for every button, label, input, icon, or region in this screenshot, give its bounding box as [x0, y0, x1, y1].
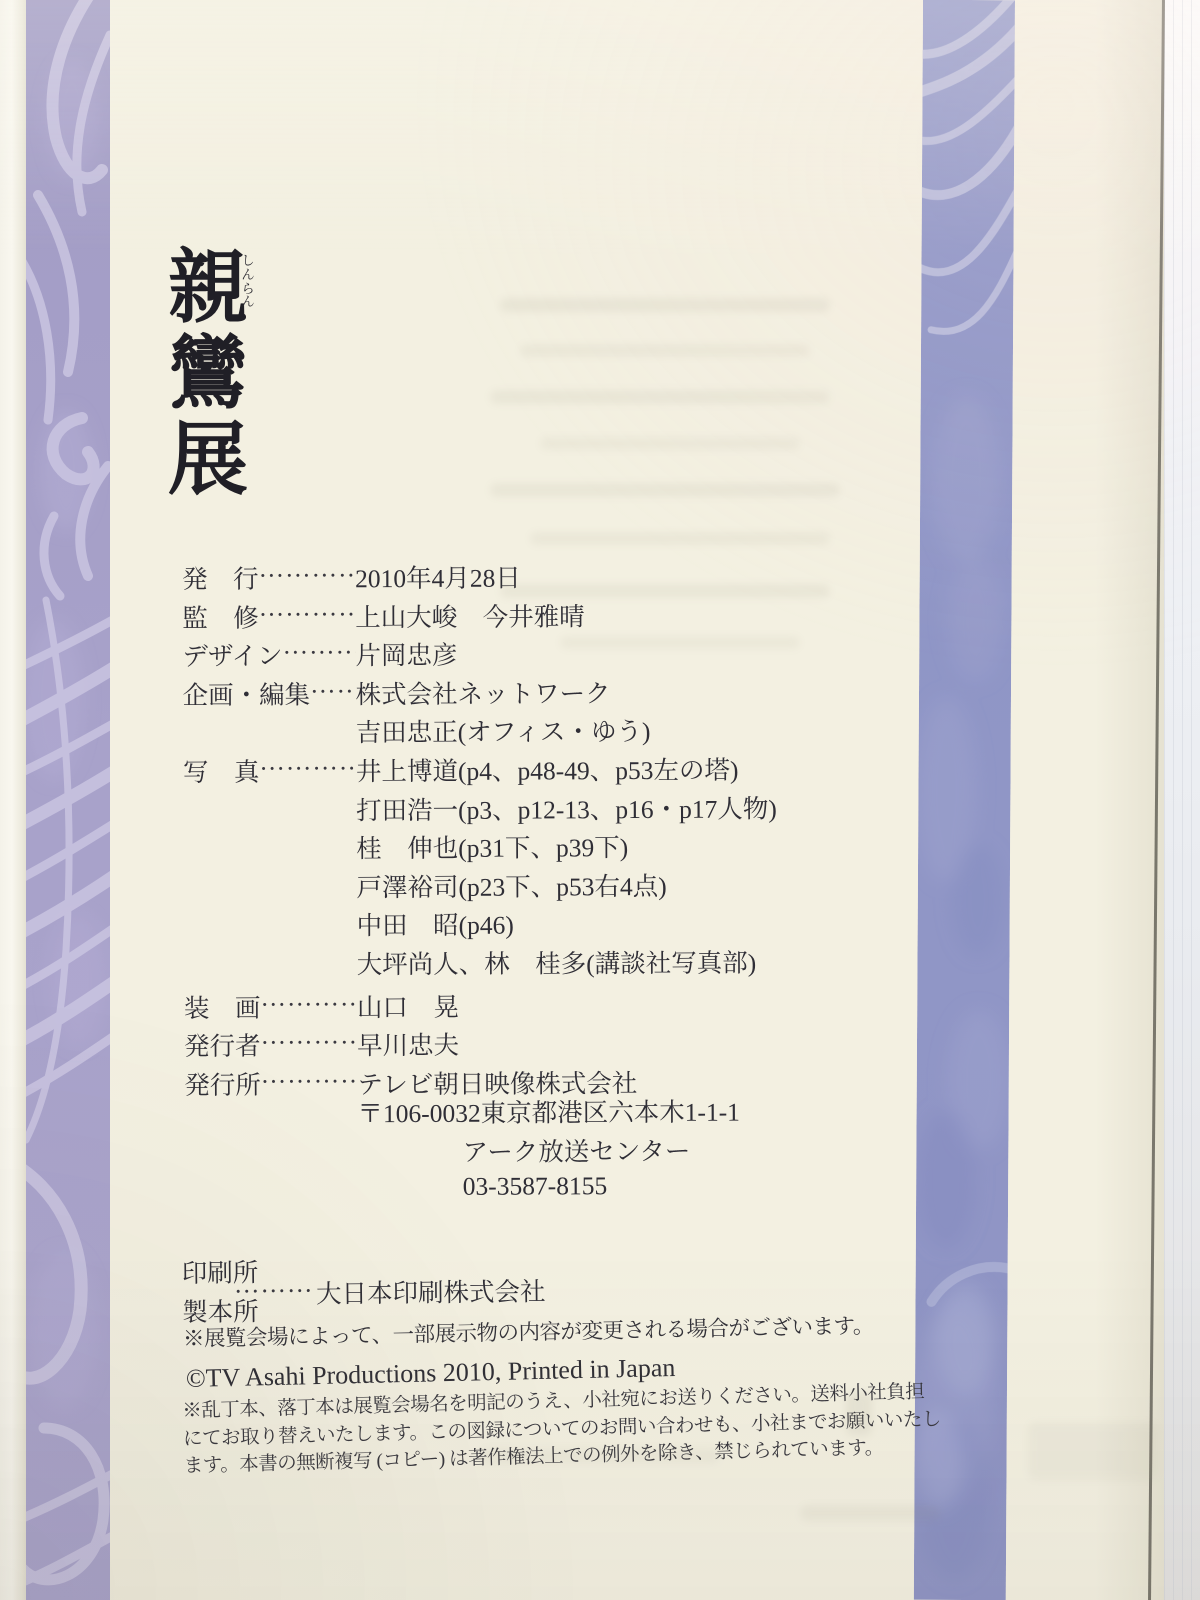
row-label-area: 企画・編集…………………… [183, 675, 356, 712]
row-label: 企画・編集 [183, 675, 311, 712]
leader-dots: …………………… [283, 636, 356, 666]
row-value: 大坪尚人、林 桂多(講談社写真部) [357, 943, 757, 981]
colophon-row: アーク放送センター [185, 1131, 955, 1173]
colophon-row: 企画・編集……………………株式会社ネットワーク [183, 672, 953, 714]
colophon-row: 監 修……………………上山大峻 今井雅晴 [182, 595, 952, 637]
leader-dots: …………………… [260, 988, 357, 1018]
row-label-area: 写 真…………………… [183, 752, 356, 789]
colophon-row: 戸澤裕司(p23下、p53右4点) [183, 865, 953, 907]
row-label: 写 真 [183, 753, 260, 789]
row-label: 監 修 [182, 598, 259, 634]
leader-dots: …………………… [261, 1026, 358, 1056]
colophon-row: 中田 昭(p46) [184, 904, 954, 946]
leader-dots: …………………… [261, 1065, 358, 1095]
leader-dots: …………………… [259, 598, 356, 628]
ghost-showthrough [540, 437, 800, 450]
row-label: 装 画 [184, 988, 261, 1024]
row-label-area: 装 画…………………… [184, 988, 357, 1025]
row-value: 打田浩一(p3、p12-13、p16・p17人物) [356, 789, 777, 827]
row-label: デザイン [182, 637, 282, 673]
colophon-row: 打田浩一(p3、p12-13、p16・p17人物) [183, 788, 953, 830]
title-char: 展 [162, 418, 254, 504]
row-label-area: 発行所…………………… [184, 1065, 357, 1102]
postal-code: 〒106-0032 [357, 1094, 480, 1131]
furigana-char: ん [240, 268, 256, 282]
row-label-area [185, 1171, 463, 1172]
row-label: 発 行 [182, 560, 259, 596]
address-text: 東京都港区六本木1-1-1 [481, 1093, 740, 1130]
row-value: 片岡忠彦 [355, 636, 457, 672]
row-value: 吉田忠正(オフィス・ゆう) [356, 712, 651, 749]
row-label-area [183, 791, 356, 792]
row-value: 山口 晃 [357, 987, 459, 1023]
row-label-area [185, 1133, 463, 1134]
colophon-row: 03-3587-8155 [185, 1169, 955, 1211]
ghost-showthrough [530, 532, 830, 545]
row-value: 井上博道(p4、p48-49、p53左の塔) [356, 751, 739, 789]
colophon-row: 発行者……………………早川忠夫 [184, 1024, 954, 1066]
row-label: 発行者 [184, 1027, 261, 1063]
furigana-char: し [240, 254, 256, 268]
furigana-char: ら [240, 282, 256, 296]
row-value: 桂 伸也(p31下、p39下) [356, 828, 628, 865]
colophon-row: 写 真……………………井上博道(p4、p48-49、p53左の塔) [183, 750, 953, 792]
row-label-area [183, 829, 356, 830]
ghost-showthrough [490, 483, 840, 497]
row-value: 株式会社ネットワーク [356, 674, 611, 711]
fine-print-note: ※乱丁本、落丁本は展覧会場名を明記のうえ、小社宛にお送りください。送料小社負担 … [182, 1378, 942, 1481]
leader-dots: …………………… [234, 1269, 316, 1306]
colophon-row: 装 画……………………山口 晃 [184, 985, 954, 1027]
colophon-row: 発 行……………………2010年4月28日 [182, 557, 952, 599]
row-value: アーク放送センター [463, 1132, 691, 1169]
row-value: 03-3587-8155 [463, 1171, 608, 1202]
furigana-char: ん [240, 295, 256, 309]
printer-company: 大日本印刷株式会社 [316, 1272, 546, 1310]
leader-dots: …………………… [258, 559, 355, 589]
colophon-row: 吉田忠正(オフィス・ゆう) [183, 711, 953, 753]
leader-dots: …………………… [310, 675, 356, 705]
row-label-area: デザイン…………………… [182, 636, 355, 673]
printer-company-line: …………………… 大日本印刷株式会社 [234, 1270, 794, 1312]
colophon-row: 桂 伸也(p31下、p39下) [183, 827, 953, 869]
row-label-area [183, 714, 356, 715]
row-value: 2010年4月28日 [355, 559, 521, 596]
left-decorative-band [26, 0, 110, 1600]
row-label-area [184, 945, 357, 946]
row-value: 上山大峻 今井雅晴 [355, 597, 585, 634]
row-label: 発行所 [184, 1065, 261, 1101]
colophon-credits: 発 行……………………2010年4月28日監 修……………………上山大峻 今井雅… [182, 557, 955, 1211]
colophon-row: 大坪尚人、林 桂多(講談社写真部) [184, 943, 954, 985]
leader-dots: …………………… [259, 752, 356, 782]
ghost-showthrough [520, 344, 810, 357]
row-value: 戸澤裕司(p23下、p53右4点) [356, 867, 666, 904]
row-label-area: 発行者…………………… [184, 1026, 357, 1063]
page-stack-edge [1164, 0, 1200, 1600]
row-value: 中田 昭(p46) [357, 906, 514, 943]
row-label-area: 監 修…………………… [182, 598, 355, 635]
ghost-showthrough [490, 390, 830, 404]
row-value: 早川忠夫 [357, 1026, 459, 1062]
title-furigana: しんらん [240, 254, 256, 309]
catalog-colophon-page: 親鸞展 しんらん 発 行……………………2010年4月28日監 修…………………… [0, 0, 1200, 1600]
row-label-area [183, 868, 356, 869]
colophon-row: デザイン……………………片岡忠彦 [182, 634, 952, 676]
row-label-area: 発 行…………………… [182, 559, 355, 596]
page-spine-edge [0, 0, 26, 1600]
title-char: 鸞 [162, 332, 254, 418]
row-label-area [184, 907, 357, 908]
ghost-showthrough [500, 298, 830, 312]
